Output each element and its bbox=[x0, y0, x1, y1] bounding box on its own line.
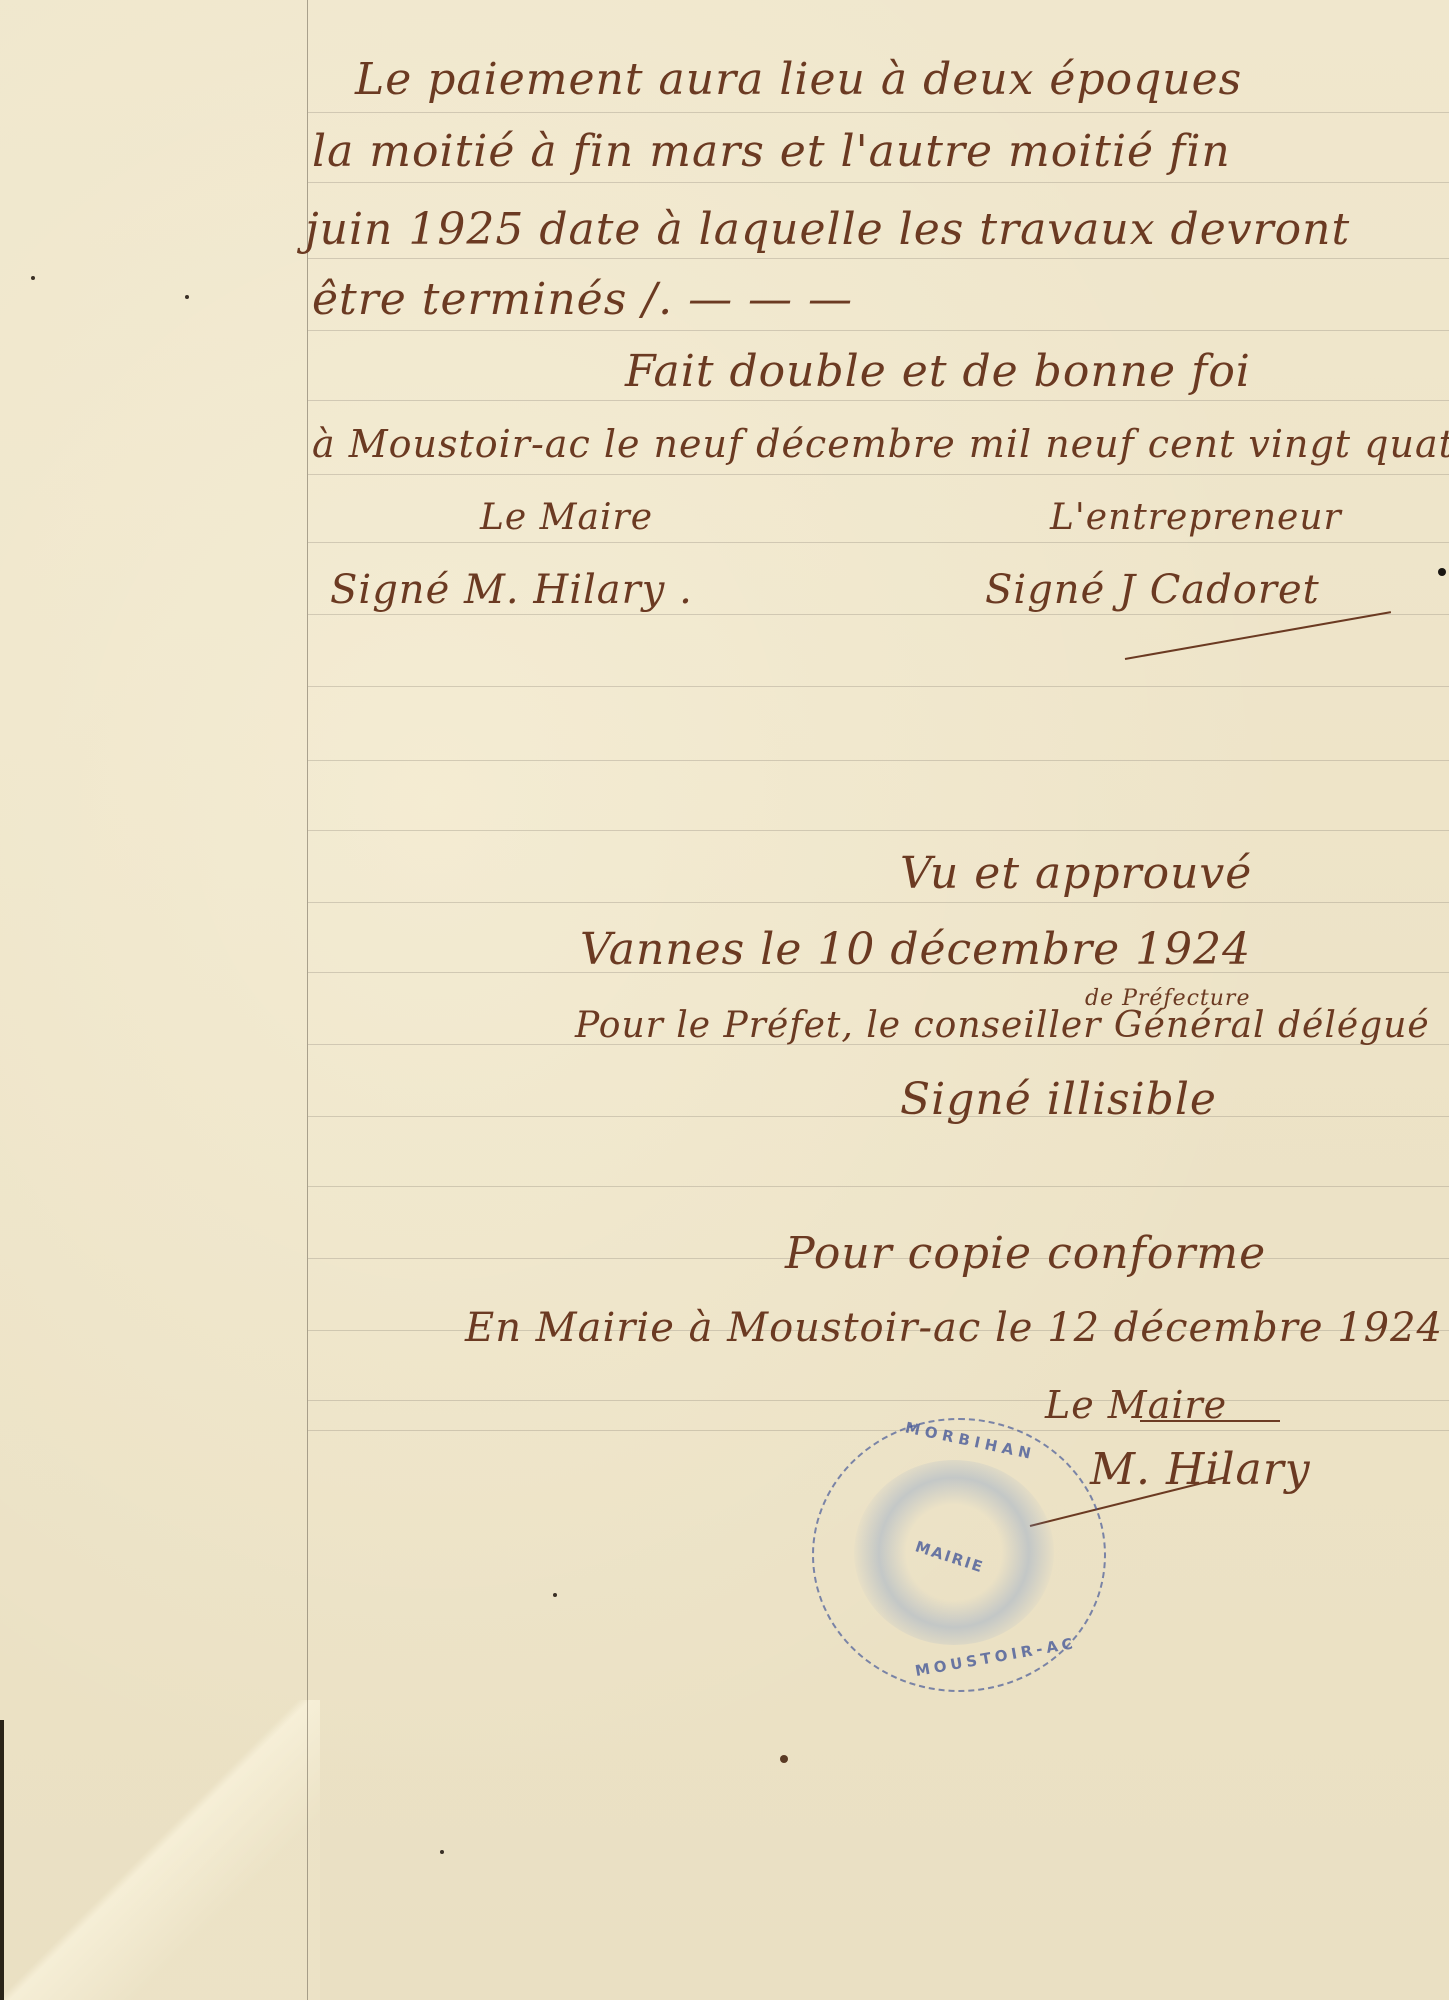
ruled-line bbox=[308, 1430, 1449, 1431]
contract-line-4: être terminés /. — — — bbox=[312, 278, 853, 322]
contract-line-1: Le paiement aura lieu à deux époques bbox=[355, 58, 1242, 102]
contractor-signature: Signé J Cadoret bbox=[985, 570, 1320, 610]
mayor-title: Le Maire bbox=[480, 500, 653, 536]
mayor-signature: Signé M. Hilary . bbox=[330, 570, 693, 610]
ruled-line bbox=[308, 258, 1449, 259]
page-edge-shadow bbox=[0, 1720, 4, 2000]
certification-place-date: En Mairie à Moustoir-ac le 12 décembre 1… bbox=[465, 1308, 1443, 1348]
approval-signed: Signé illisible bbox=[900, 1078, 1217, 1122]
ruled-line bbox=[308, 542, 1449, 543]
paper-speck bbox=[31, 276, 35, 280]
contract-line-5: Fait double et de bonne foi bbox=[625, 350, 1251, 394]
paper-speck bbox=[1438, 568, 1446, 576]
approval-heading: Vu et approuvé bbox=[900, 852, 1252, 896]
ruled-line bbox=[308, 760, 1449, 761]
paper-speck bbox=[440, 1850, 444, 1854]
ruled-line bbox=[308, 614, 1449, 615]
paper-speck bbox=[553, 1593, 557, 1597]
ruled-line bbox=[308, 686, 1449, 687]
ruled-line bbox=[308, 112, 1449, 113]
certification-heading: Pour copie conforme bbox=[785, 1232, 1266, 1276]
ruled-line bbox=[308, 1186, 1449, 1187]
ruled-line bbox=[308, 182, 1449, 183]
certification-title-underline bbox=[1140, 1420, 1280, 1422]
certification-title: Le Maire bbox=[1045, 1386, 1227, 1424]
ruled-line bbox=[308, 400, 1449, 401]
ruled-line bbox=[308, 1116, 1449, 1117]
paper-speck bbox=[185, 295, 189, 299]
ruled-line bbox=[308, 474, 1449, 475]
mayor-final-signature: M. Hilary bbox=[1090, 1448, 1311, 1492]
contract-line-3: juin 1925 date à laquelle les travaux de… bbox=[305, 208, 1350, 252]
ruled-line bbox=[308, 330, 1449, 331]
ruled-line bbox=[308, 830, 1449, 831]
contract-line-2: la moitié à fin mars et l'autre moitié f… bbox=[312, 130, 1231, 174]
ruled-line bbox=[308, 1400, 1449, 1401]
contract-line-6: à Moustoir-ac le neuf décembre mil neuf … bbox=[312, 425, 1449, 463]
paper-fold bbox=[0, 1700, 320, 2000]
ruled-line bbox=[308, 902, 1449, 903]
mairie-stamp: MORBIHAN MAIRIE MOUSTOIR-AC bbox=[812, 1418, 1106, 1692]
margin-rule bbox=[307, 0, 308, 2000]
approval-place-date: Vannes le 10 décembre 1924 bbox=[580, 928, 1251, 972]
ink-blot bbox=[780, 1755, 788, 1763]
contractor-title: L'entrepreneur bbox=[1050, 500, 1342, 536]
approval-authority: Pour le Préfet, le conseiller Général dé… bbox=[575, 1008, 1430, 1044]
